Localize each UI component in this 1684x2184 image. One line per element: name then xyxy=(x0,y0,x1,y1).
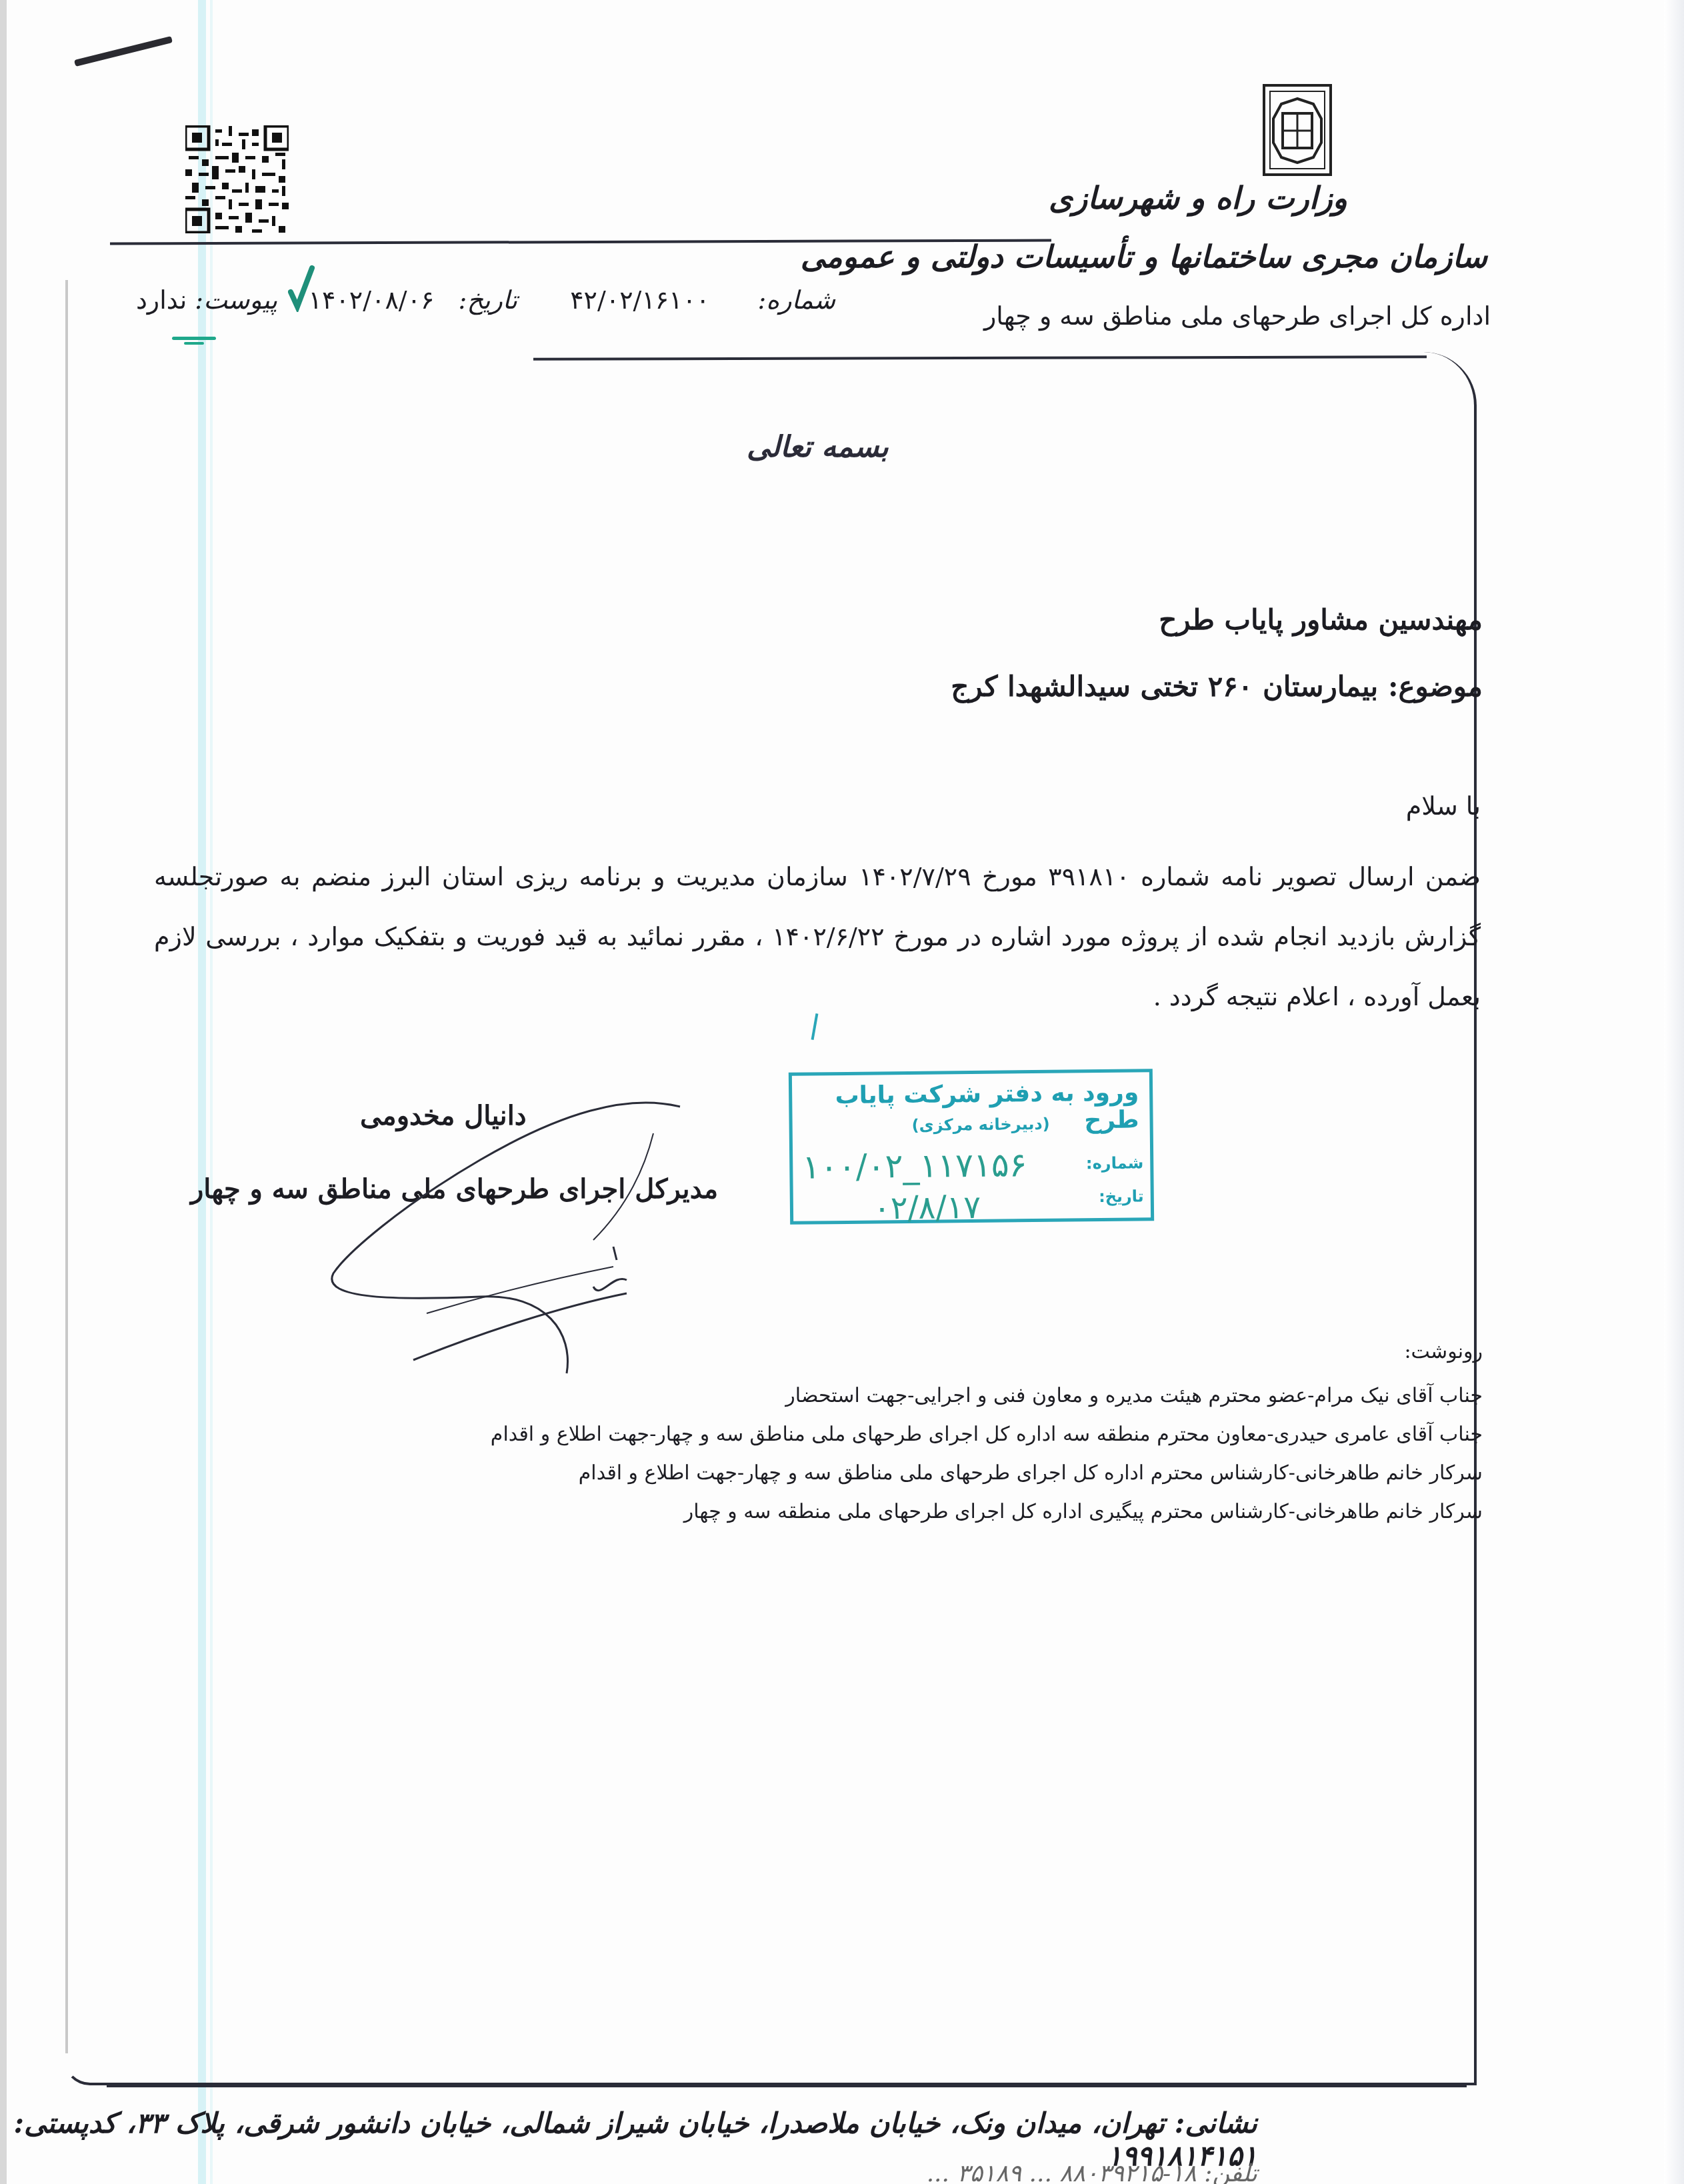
organization-name: سازمان مجری ساختمانها و تأسیسات دولتی و … xyxy=(801,239,1487,275)
stamp-date-value: ۰۲/۸/۱۷ xyxy=(873,1189,981,1227)
cc-item: جناب آقای عامری حیدری-معاون محترم منطقه … xyxy=(483,1415,1483,1454)
attachment-field: پیوست: ندارد xyxy=(136,285,277,315)
ministry-name: وزارت راه و شهرسازی xyxy=(1049,180,1347,216)
footer-divider xyxy=(107,2084,1467,2087)
attachment-label: پیوست: xyxy=(195,285,277,315)
handwritten-signature-icon xyxy=(280,1080,693,1387)
letter-number-field: شماره: ۴۲/۰۲/۱۶۱۰۰ xyxy=(570,285,835,315)
cc-label: رونوشت: xyxy=(1404,1340,1483,1363)
bismillah-heading: بسمه تعالی xyxy=(747,430,889,464)
attachment-underline-mark xyxy=(184,342,204,345)
staple-mark xyxy=(74,36,173,67)
subject-line: موضوع: بیمارستان ۲۶۰ تختی سیدالشهدا کرج xyxy=(951,670,1483,703)
stamp-number-label: شماره: xyxy=(1086,1153,1144,1173)
greeting: با سلام xyxy=(1406,791,1481,821)
green-checkmark-icon xyxy=(288,265,315,315)
scan-edge-right xyxy=(1664,0,1684,2184)
letter-date-label: تاریخ: xyxy=(459,285,517,315)
department-name: اداره کل اجرای طرحهای ملی مناطق سه و چها… xyxy=(984,301,1491,331)
cc-item: جناب آقای نیک مرام-عضو محترم هیئت مدیره … xyxy=(483,1377,1483,1415)
letter-number-value: ۴۲/۰۲/۱۶۱۰۰ xyxy=(570,285,709,315)
letter-date-field: تاریخ: ۱۴۰۲/۰۸/۰۶ xyxy=(309,285,517,315)
footer-phone: تلفن: ۱۸-۸۸۰۳۹۲۱۵ ... ۳۵۱۸۹ ... xyxy=(927,2160,1257,2184)
subject-value: بیمارستان ۲۶۰ تختی سیدالشهدا کرج xyxy=(951,670,1378,703)
stamp-date-label: تاریخ: xyxy=(1099,1187,1144,1206)
letter-number-label: شماره: xyxy=(758,285,835,315)
ministry-logo-icon xyxy=(1263,84,1332,176)
letter-date-value: ۱۴۰۲/۰۸/۰۶ xyxy=(309,285,435,315)
cc-item: سرکار خانم طاهرخانی-کارشناس محترم پیگیری… xyxy=(483,1493,1483,1531)
letter-body: ضمن ارسال تصویر نامه شماره ۳۹۱۸۱۰ مورخ ۱… xyxy=(154,847,1481,1027)
scan-edge-left xyxy=(0,0,7,2184)
receipt-stamp: ورود به دفتر شرکت پایاب طرح (دبیرخانه مر… xyxy=(789,1069,1154,1225)
subject-label: موضوع: xyxy=(1388,670,1483,703)
stamp-subtitle: (دبیرخانه مرکزی) xyxy=(912,1115,1050,1135)
qr-code-icon xyxy=(185,125,289,233)
stamp-number-value: ۱۰۰/۰۲_۱۱۷۱۵۶ xyxy=(802,1145,1027,1187)
cc-item: سرکار خانم طاهرخانی-کارشناس محترم اداره … xyxy=(483,1454,1483,1493)
addressee: مهندسین مشاور پایاب طرح xyxy=(1159,603,1483,636)
attachment-value: ندارد xyxy=(136,285,187,315)
frame-left-border xyxy=(65,280,68,2053)
attachment-underline-mark xyxy=(172,337,216,340)
cc-list: جناب آقای نیک مرام-عضو محترم هیئت مدیره … xyxy=(483,1377,1483,1531)
